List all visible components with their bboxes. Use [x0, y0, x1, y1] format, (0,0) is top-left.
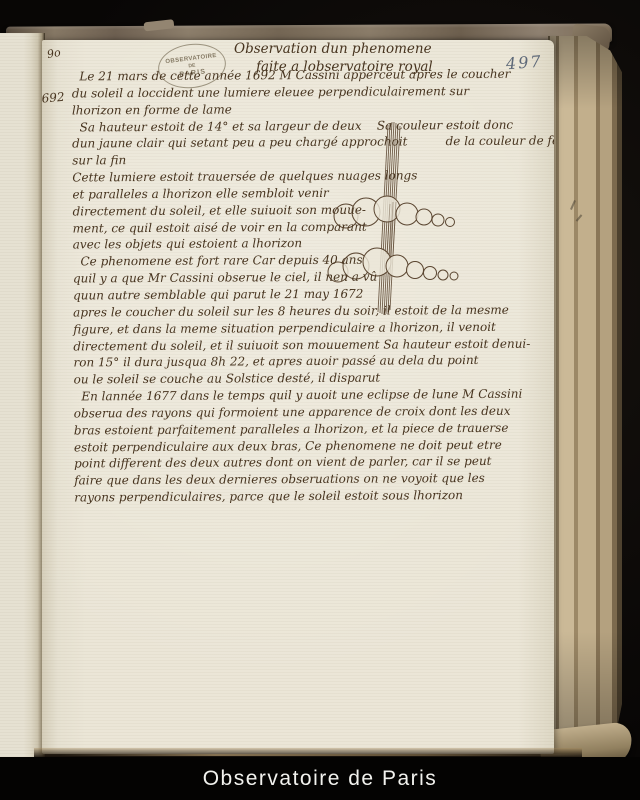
manuscript-line: directement du soleil, et il suiuoit son…: [73, 335, 550, 355]
manuscript-line: rayons perpendiculaires, parce que le so…: [74, 487, 551, 507]
manuscript-line: faire que dans les deux dernieres obseru…: [74, 470, 551, 490]
manuscript-line: Le 21 mars de cette année 1692 M Cassini…: [72, 66, 549, 86]
manuscript-line: dun jaune clair qui setant peu a peu cha…: [72, 133, 549, 153]
page-bottom-edge-glint: [60, 754, 580, 756]
folio-mark: 9o: [46, 46, 62, 61]
left-page-edge: [0, 33, 45, 763]
manuscript-title-line-1: Observation dun phenomene: [234, 41, 432, 57]
margin-year-note: 1692: [42, 90, 65, 107]
manuscript-page: 9o OBSERVATOIRE DE PARIS Observation dun…: [42, 40, 554, 754]
page-edges-stack: [548, 36, 622, 762]
book-photo: 9o OBSERVATOIRE DE PARIS Observation dun…: [0, 0, 640, 800]
caption-text: Observatoire de Paris: [203, 767, 438, 791]
manuscript-text: Le 21 mars de cette année 1692 M Cassini…: [72, 66, 552, 507]
caption-bar: Observatoire de Paris: [0, 757, 640, 800]
